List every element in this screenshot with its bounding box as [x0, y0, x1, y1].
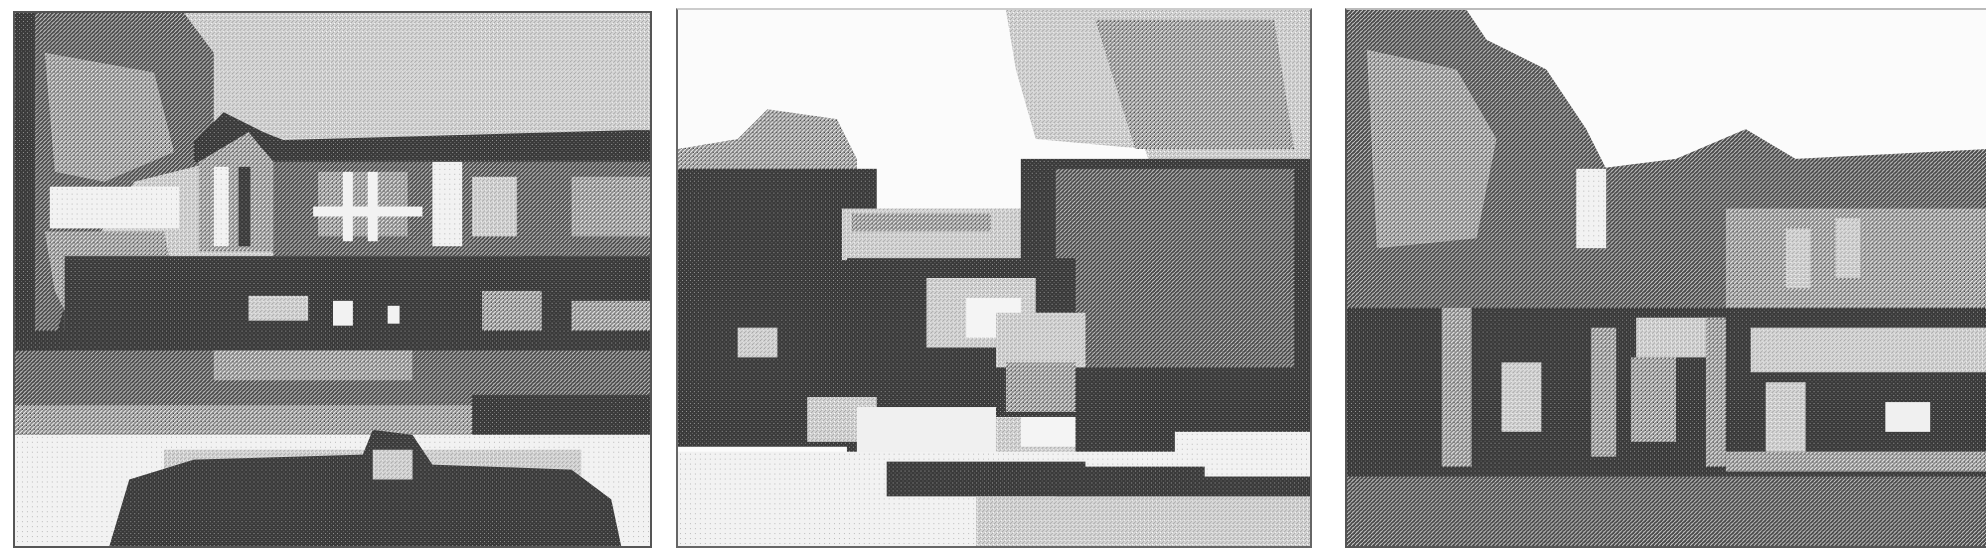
photo-building-behind-trees [676, 8, 1312, 548]
halftone-photo-2 [678, 10, 1310, 546]
halftone-photo-3 [1347, 10, 1986, 546]
photo-house-with-lawn [13, 11, 652, 548]
photo-brick-facade [1345, 8, 1986, 548]
halftone-photo-1 [15, 13, 650, 546]
